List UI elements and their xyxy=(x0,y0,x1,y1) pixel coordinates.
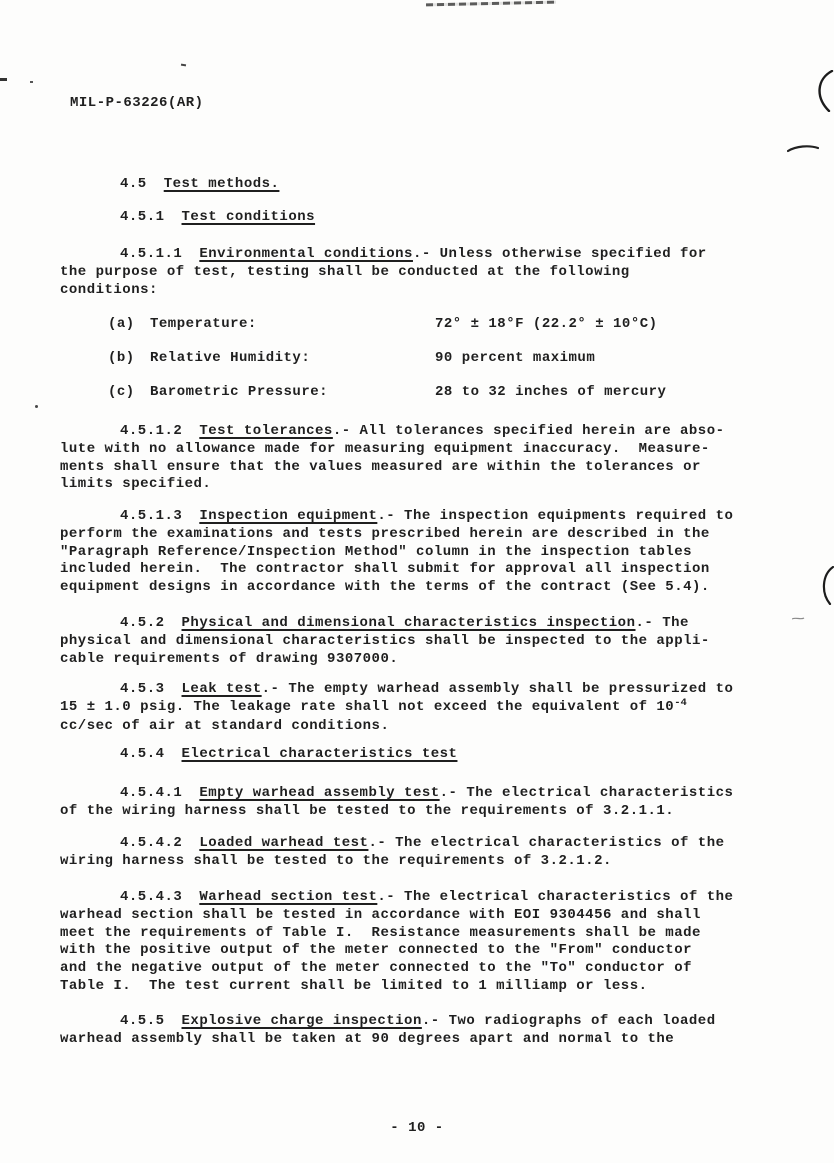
text-line: 4.5.1.2Test tolerances.- All tolerances … xyxy=(60,423,774,441)
paragraph-text: .- All tolerances specified herein are a… xyxy=(333,423,725,439)
text-line: 4.5.4Electrical characteristics test xyxy=(60,746,774,764)
condition-row-humidity: (b) Relative Humidity: 90 percent maximu… xyxy=(0,350,834,368)
scan-artifact-dot-icon xyxy=(35,405,38,408)
section-title: Loaded warhead test xyxy=(199,835,368,851)
scan-artifact-dash-icon xyxy=(787,142,819,158)
text-line: equipment designs in accordance with the… xyxy=(60,579,774,597)
section-number: 4.5.4.2 xyxy=(120,835,182,851)
paragraph-text: .- The electrical characteristics of the xyxy=(368,835,724,851)
section-title: Test methods. xyxy=(164,176,280,192)
text-line: and the negative output of the meter con… xyxy=(60,960,774,978)
section-title: Warhead section test xyxy=(199,889,377,905)
section-number: 4.5.3 xyxy=(120,681,165,697)
text-line: ments shall ensure that the values measu… xyxy=(60,459,774,477)
paragraph-text: .- The electrical characteristics xyxy=(440,785,734,801)
paragraph-4-5-4-2: 4.5.4.2Loaded warhead test.- The electri… xyxy=(60,835,774,871)
text-line: meet the requirements of Table I. Resist… xyxy=(60,925,774,943)
text-line: wiring harness shall be tested to the re… xyxy=(60,853,774,871)
paragraph-4-5-4-3: 4.5.4.3Warhead section test.- The electr… xyxy=(60,889,774,996)
text-line: included herein. The contractor shall su… xyxy=(60,561,774,579)
condition-value: 28 to 32 inches of mercury xyxy=(435,384,666,400)
section-number: 4.5.1.1 xyxy=(120,246,182,262)
section-title: Environmental conditions xyxy=(199,246,413,262)
superscript-exponent: -4 xyxy=(674,697,687,709)
paragraph-4-5-1-3: 4.5.1.3Inspection equipment.- The inspec… xyxy=(60,508,774,597)
scan-artifact-squiggle-icon xyxy=(792,610,805,626)
text-line: 4.5.4.3Warhead section test.- The electr… xyxy=(60,889,774,907)
section-number: 4.5.2 xyxy=(120,615,165,631)
paragraph-text: .- The xyxy=(636,615,689,631)
paragraph-text: 15 ± 1.0 psig. The leakage rate shall no… xyxy=(60,699,674,715)
paragraph-4-5-4-1: 4.5.4.1Empty warhead assembly test.- The… xyxy=(60,785,774,821)
text-line: cc/sec of air at standard conditions. xyxy=(60,718,774,736)
scan-artifact-scribble-icon xyxy=(426,1,556,7)
section-title: Explosive charge inspection xyxy=(182,1013,422,1029)
section-number: 4.5.5 xyxy=(120,1013,165,1029)
condition-name: Relative Humidity: xyxy=(150,350,310,366)
section-title: Electrical characteristics test xyxy=(182,746,458,762)
text-line: physical and dimensional characteristics… xyxy=(60,633,774,651)
section-title: Test tolerances xyxy=(199,423,333,439)
text-line: perform the examinations and tests presc… xyxy=(60,526,774,544)
text-line: Table I. The test current shall be limit… xyxy=(60,978,774,996)
section-number: 4.5.4 xyxy=(120,746,165,762)
text-line: 4.5.3Leak test.- The empty warhead assem… xyxy=(60,681,774,699)
paragraph-4-5-5: 4.5.5Explosive charge inspection.- Two r… xyxy=(60,1013,774,1049)
scan-artifact-paren-top-icon xyxy=(810,70,834,117)
condition-label: (a) xyxy=(108,316,135,332)
condition-label: (b) xyxy=(108,350,135,366)
text-line: warhead assembly shall be taken at 90 de… xyxy=(60,1031,774,1049)
heading-4-5-1: 4.5.1Test conditions xyxy=(60,209,774,227)
scan-artifact-speck-icon xyxy=(0,78,7,81)
section-number: 4.5.4.3 xyxy=(120,889,182,905)
heading-4-5-4: 4.5.4Electrical characteristics test xyxy=(60,746,774,764)
section-number: 4.5.1.3 xyxy=(120,508,182,524)
section-number: 4.5.1 xyxy=(120,209,165,225)
section-number: 4.5 xyxy=(120,176,147,192)
text-line: limits specified. xyxy=(60,476,774,494)
section-title: Leak test xyxy=(182,681,262,697)
document-page: MIL-P-63226(AR) 4.5Test methods. 4.5.1Te… xyxy=(0,0,834,1163)
text-line: 4.5Test methods. xyxy=(60,176,774,194)
text-line: 4.5.1.1Environmental conditions.- Unless… xyxy=(60,246,774,264)
section-title: Test conditions xyxy=(182,209,316,225)
paragraph-4-5-2: 4.5.2Physical and dimensional characteri… xyxy=(60,615,774,668)
paragraph-4-5-1-2: 4.5.1.2Test tolerances.- All tolerances … xyxy=(60,423,774,494)
paragraph-text: .- Unless otherwise specified for xyxy=(413,246,707,262)
text-line: 4.5.4.2Loaded warhead test.- The electri… xyxy=(60,835,774,853)
spec-number: MIL-P-63226(AR) xyxy=(70,95,204,111)
heading-4-5: 4.5Test methods. xyxy=(60,176,774,194)
condition-name: Barometric Pressure: xyxy=(150,384,328,400)
paragraph-text: .- The inspection equipments required to xyxy=(377,508,733,524)
condition-value: 90 percent maximum xyxy=(435,350,595,366)
text-line: warhead section shall be tested in accor… xyxy=(60,907,774,925)
text-line: "Paragraph Reference/Inspection Method" … xyxy=(60,544,774,562)
paragraph-text: .- The empty warhead assembly shall be p… xyxy=(262,681,734,697)
text-line: 4.5.1Test conditions xyxy=(60,209,774,227)
text-line: conditions: xyxy=(60,282,774,300)
condition-name: Temperature: xyxy=(150,316,257,332)
text-line: 4.5.1.3Inspection equipment.- The inspec… xyxy=(60,508,774,526)
page-number: - 10 - xyxy=(0,1120,834,1136)
section-title: Physical and dimensional characteristics… xyxy=(182,615,636,631)
text-line: 4.5.4.1Empty warhead assembly test.- The… xyxy=(60,785,774,803)
paragraph-text: .- Two radiographs of each loaded xyxy=(422,1013,716,1029)
text-line: with the positive output of the meter co… xyxy=(60,942,774,960)
section-title: Empty warhead assembly test xyxy=(199,785,439,801)
scan-artifact-paren-mid-icon xyxy=(819,566,834,610)
scan-artifact-speck-icon xyxy=(181,64,186,67)
scan-artifact-speck-icon xyxy=(30,81,33,83)
text-line: 4.5.2Physical and dimensional characteri… xyxy=(60,615,774,633)
text-line: 4.5.5Explosive charge inspection.- Two r… xyxy=(60,1013,774,1031)
section-number: 4.5.4.1 xyxy=(120,785,182,801)
section-title: Inspection equipment xyxy=(199,508,377,524)
condition-value: 72° ± 18°F (22.2° ± 10°C) xyxy=(435,316,658,332)
paragraph-4-5-1-1: 4.5.1.1Environmental conditions.- Unless… xyxy=(60,246,774,299)
condition-label: (c) xyxy=(108,384,135,400)
text-line: of the wiring harness shall be tested to… xyxy=(60,803,774,821)
text-line: 15 ± 1.0 psig. The leakage rate shall no… xyxy=(60,699,774,718)
text-line: cable requirements of drawing 9307000. xyxy=(60,651,774,669)
text-line: the purpose of test, testing shall be co… xyxy=(60,264,774,282)
text-line: lute with no allowance made for measurin… xyxy=(60,441,774,459)
section-number: 4.5.1.2 xyxy=(120,423,182,439)
condition-row-pressure: (c) Barometric Pressure: 28 to 32 inches… xyxy=(0,384,834,402)
paragraph-text: .- The electrical characteristics of the xyxy=(377,889,733,905)
paragraph-4-5-3: 4.5.3Leak test.- The empty warhead assem… xyxy=(60,681,774,735)
condition-row-temperature: (a) Temperature: 72° ± 18°F (22.2° ± 10°… xyxy=(0,316,834,334)
